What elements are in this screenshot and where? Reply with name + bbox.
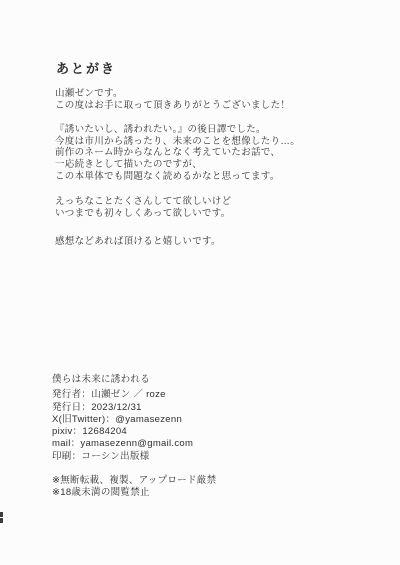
closing-paragraph: 感想などあれば頂けると嬉しいです。: [55, 236, 221, 248]
text-line: この本単体でも問題なく読めるかなと思ってます。: [55, 171, 300, 183]
notice-line: ※18歳未満の閲覧禁止: [52, 487, 216, 499]
page-edge-mark: [0, 512, 3, 517]
book-title: 僕らは未来に誘われる: [52, 374, 193, 386]
notice-line: ※無断転載、複製、アップロード厳禁: [52, 475, 216, 487]
text-line: 感想などあれば頂けると嬉しいです。: [55, 236, 221, 248]
text-line: えっちなことたくさんしてて欲しいけど: [55, 196, 231, 208]
colophon-entry-publisher: 発行者：山瀬ゼン ／ roze: [52, 389, 193, 401]
colophon-value: 2023/12/31: [91, 402, 142, 413]
colophon-label: 印刷：: [52, 451, 81, 462]
colophon: 僕らは未来に誘われる 発行者：山瀬ゼン ／ roze 発行日：2023/12/3…: [52, 374, 193, 463]
colophon-label: pixiv：: [52, 426, 82, 437]
notice-block: ※無断転載、複製、アップロード厳禁 ※18歳未満の閲覧禁止: [52, 475, 216, 499]
colophon-entry-mail: mail：yamasezenn@gmail.com: [52, 438, 193, 450]
story-paragraph: 『誘いたいし、誘われたい。』の後日譚でした。 今度は市川から誘ったり、未来のこと…: [55, 124, 300, 183]
colophon-label: mail：: [52, 438, 80, 449]
colophon-value: 12684204: [82, 426, 127, 437]
text-line: いつまでも初々しくあって欲しいです。: [55, 208, 231, 220]
text-line: 一応続きとして描いたのですが、: [55, 159, 300, 171]
text-line: 『誘いたいし、誘われたい。』の後日譚でした。: [55, 124, 300, 136]
colophon-entry-x-twitter: X(旧Twitter)：@yamasezenn: [52, 414, 193, 426]
page-title: あとがき: [56, 58, 116, 77]
text-line: 今度は市川から誘ったり、未来のことを想像したり…。: [55, 136, 300, 148]
colophon-value: 山瀬ゼン ／ roze: [91, 389, 166, 400]
colophon-label: 発行者：: [52, 389, 91, 400]
wish-paragraph: えっちなことたくさんしてて欲しいけど いつまでも初々しくあって欲しいです。: [55, 196, 231, 219]
text-line: 山瀬ゼンです。: [55, 88, 290, 100]
colophon-label: 発行日：: [52, 402, 91, 413]
colophon-entry-pixiv: pixiv：12684204: [52, 426, 193, 438]
colophon-value: @yamasezenn: [115, 414, 182, 425]
colophon-value: yamasezenn@gmail.com: [80, 438, 193, 449]
text-line: 前作のネーム時からなんとなく考えていたお話で、: [55, 147, 300, 159]
afterword-page: あとがき 山瀬ゼンです。 この度はお手に取って頂きありがとうございました！ 『誘…: [0, 0, 400, 565]
colophon-value: コーシン出版様: [81, 451, 149, 462]
text-line: この度はお手に取って頂きありがとうございました！: [55, 100, 290, 112]
colophon-entry-printer: 印刷：コーシン出版様: [52, 451, 193, 463]
colophon-entry-date: 発行日：2023/12/31: [52, 402, 193, 414]
intro-paragraph: 山瀬ゼンです。 この度はお手に取って頂きありがとうございました！: [55, 88, 290, 111]
colophon-label: X(旧Twitter)：: [52, 414, 115, 425]
